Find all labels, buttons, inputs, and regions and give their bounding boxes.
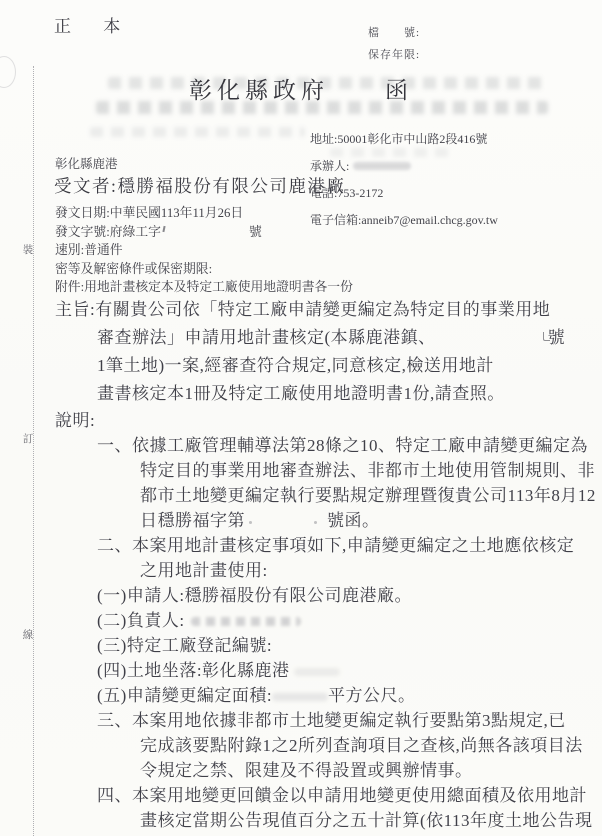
sub-item-area: (五)申請變更編定面積:平方公尺。 xyxy=(55,683,597,708)
attachment: 附件:用地計畫核定本及特定工廠使用地證明書各一份 xyxy=(55,278,353,297)
meta-block: 發文日期:中華民國113年11月26日 發文字號:府綠工字號 速別:普通件 密等… xyxy=(55,204,353,297)
security-level: 密等及解密條件或保密期限: xyxy=(55,260,353,279)
redaction-blank-area xyxy=(272,693,328,701)
sub-item-land-location: (四)土地坐落:彰化縣鹿港 xyxy=(55,658,597,683)
bleed-through-artifact xyxy=(90,127,305,137)
sub-item-factory-no: (三)特定工廠登記編號: xyxy=(55,633,597,658)
binding-mark-zhuang: 裝 xyxy=(21,242,35,257)
sub-item-owner: (二)負責人: xyxy=(55,608,597,633)
priority: 速別:普通件 xyxy=(55,241,353,260)
letter-body: 主旨:有關貴公司依「特定工廠申請變更編定為特定目的事業用地 審查辦法」申請用地計… xyxy=(55,296,597,833)
sender-address: 地址:50001彰化市中山路2段416號 xyxy=(310,133,498,147)
subject-paragraph: 主旨:有關貴公司依「特定工廠申請變更編定為特定目的事業用地 審查辦法」申請用地計… xyxy=(55,296,597,408)
explanation-item-3: 三、本案用地依據非都市土地變更編定執行要點第3點規定,已 完成該要點附錄1之2所… xyxy=(55,708,597,783)
document-title: 彰化縣政府 函 xyxy=(0,72,602,105)
doc-number: 發文字號:府綠工字號 xyxy=(55,223,353,242)
issue-date: 發文日期:中華民國113年11月26日 xyxy=(55,204,353,223)
explanation-item-2: 二、本案用地計畫核定事項如下,申請變更編定之土地應依核定 之用地計畫使用: xyxy=(55,533,597,583)
sender-officer: 承辦人: xyxy=(310,160,498,174)
recipient-address-line: 彰化縣鹿港 xyxy=(55,154,118,172)
recipient-line: 受文者:穩勝福股份有限公司鹿港廠 xyxy=(54,173,345,198)
binding-mark-ding: 訂 xyxy=(21,431,35,446)
copy-type-label: 正 本 xyxy=(54,12,134,37)
explanation-label: 說明: xyxy=(55,408,597,433)
file-number-label: 檔 號: xyxy=(368,24,420,40)
redaction-blank-officer xyxy=(353,162,411,170)
redaction-blank-location xyxy=(294,668,340,676)
binding-mark-xian: 線 xyxy=(21,627,35,642)
redaction-blank-owner xyxy=(191,617,301,626)
binding-dotted-line xyxy=(33,66,34,836)
sub-item-applicant: (一)申請人:穩勝福股份有限公司鹿港廠。 xyxy=(55,583,597,608)
explanation-item-1: 一、依據工廠管理輔導法第28條之10、特定工廠申請變更編定為 特定目的事業用地審… xyxy=(55,433,597,533)
scanned-official-letter: 裝 訂 線 正 本 檔 號: 保存年限: 彰化縣政府 函 地址:50001彰化市… xyxy=(0,0,602,836)
retention-period-label: 保存年限: xyxy=(368,46,420,62)
explanation-item-4: 四、本案用地變更回饋金以申請用地變更使用總面積及依用地計 畫核定當期公告現值百分… xyxy=(55,783,597,833)
